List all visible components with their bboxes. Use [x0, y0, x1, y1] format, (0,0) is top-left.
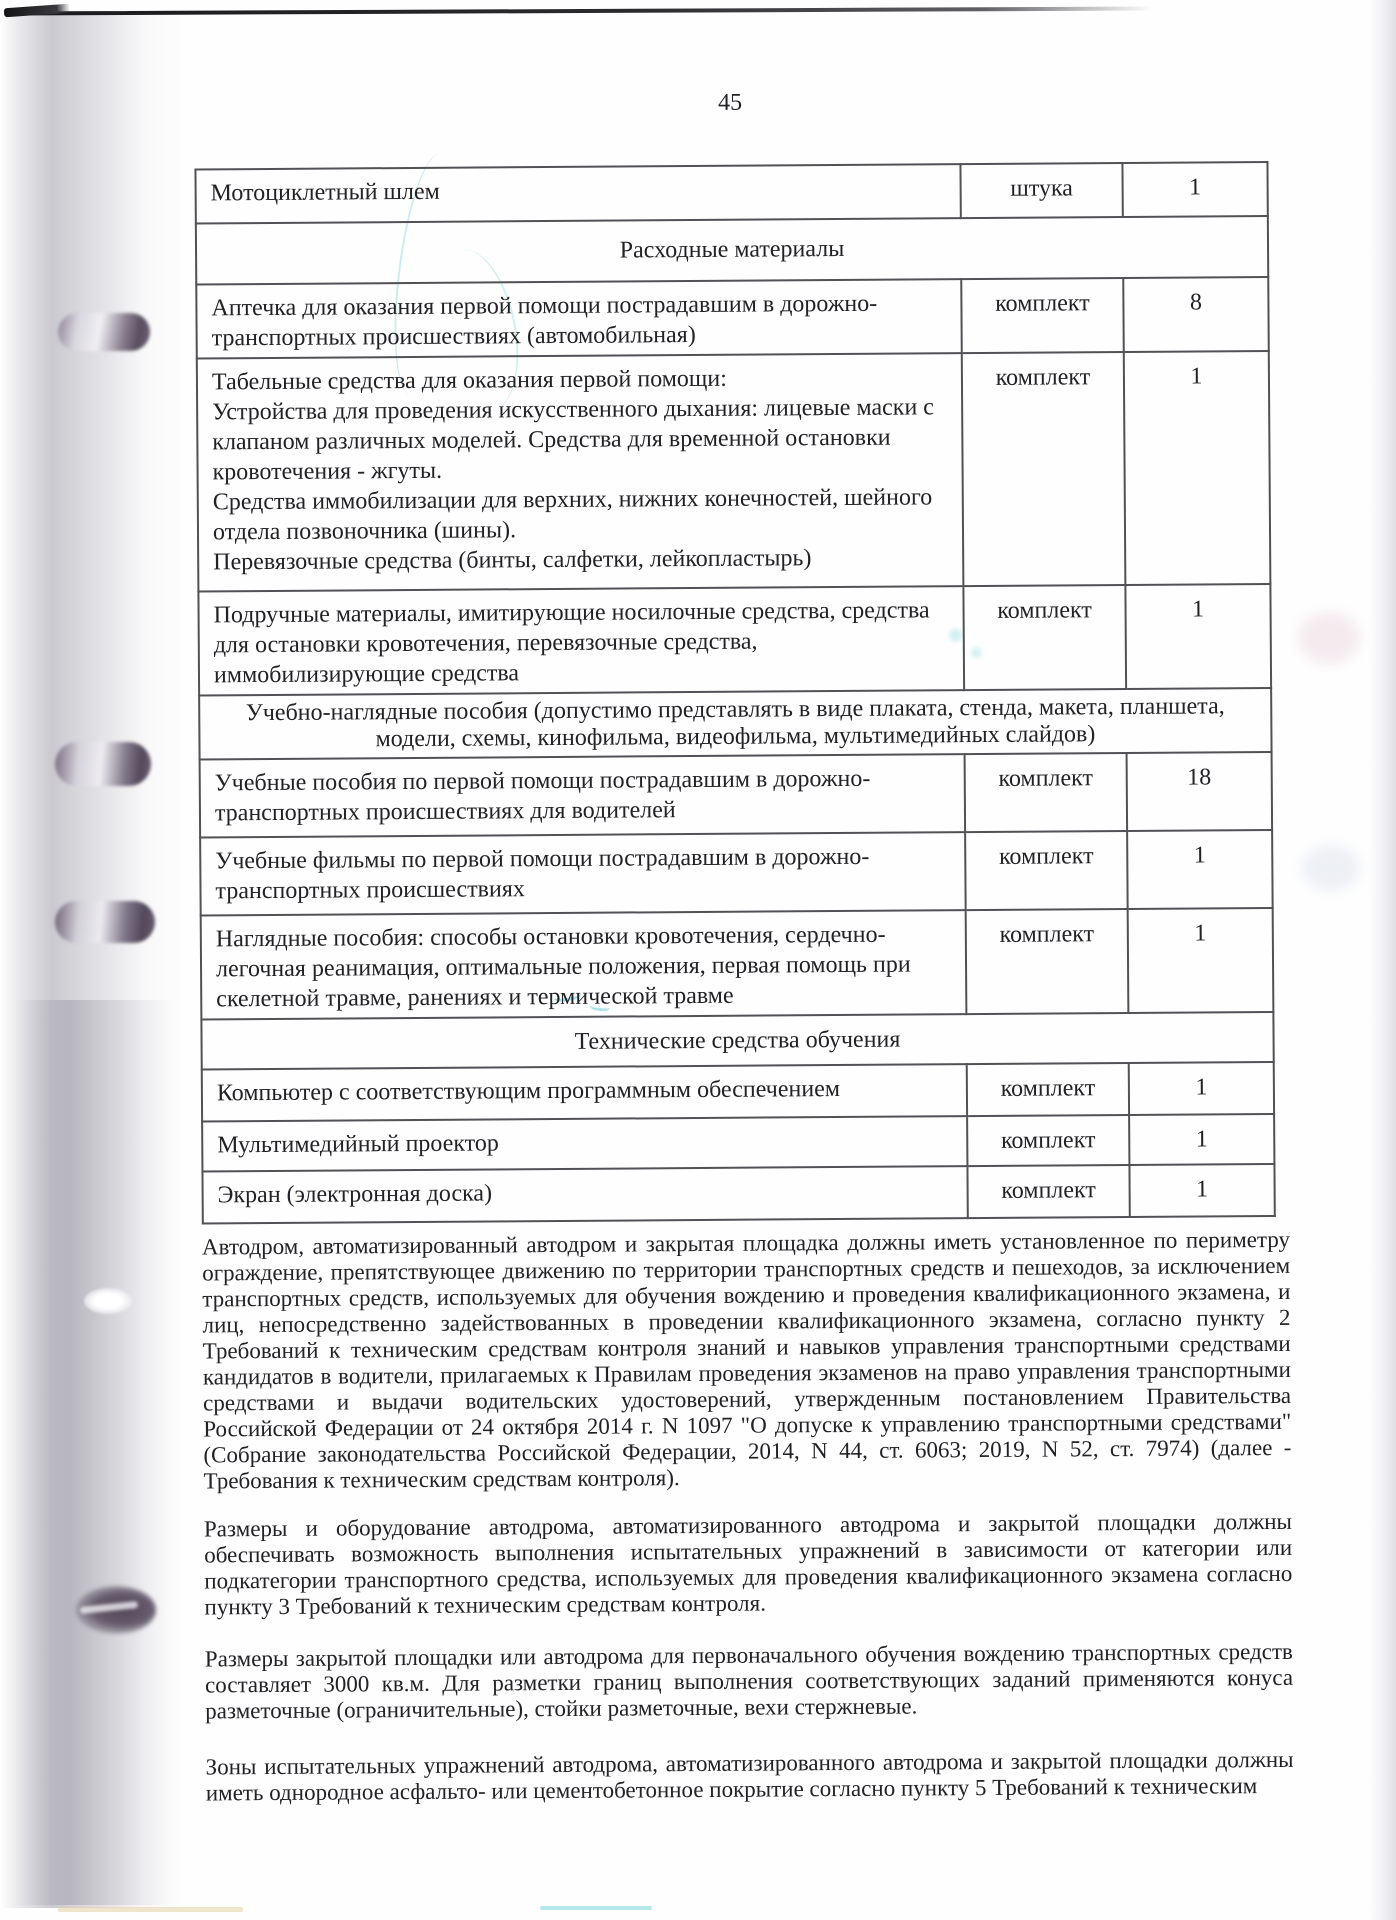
section-header-cell: Технические средства обучения	[201, 1012, 1273, 1069]
item-qty-cell: 1	[1125, 584, 1271, 689]
item-name-cell: Мотоциклетный шлем	[195, 164, 960, 223]
item-unit-cell: комплект	[962, 352, 1126, 586]
item-unit-cell: штука	[960, 163, 1122, 218]
item-unit-cell: комплект	[961, 278, 1124, 353]
table-row: Наглядные пособия: способы остановки кро…	[201, 908, 1274, 1019]
item-unit-cell: комплект	[965, 831, 1128, 910]
table-row: Аптечка для оказания первой помощи постр…	[196, 277, 1268, 358]
item-name-cell: Учебные пособия по первой помощи пострад…	[200, 754, 966, 837]
table-row: Мотоциклетный шлем штука 1	[195, 162, 1267, 223]
item-qty-cell: 1	[1129, 1062, 1274, 1115]
table-section-row: Расходные материалы	[196, 216, 1268, 284]
table-section-row: Технические средства обучения	[201, 1012, 1273, 1069]
item-qty-cell: 1	[1127, 830, 1273, 909]
paragraph: Автодром, автоматизированный автодром и …	[202, 1227, 1292, 1495]
table-row: Мультимедийный проектор комплект 1	[202, 1114, 1274, 1171]
item-name-cell: Мультимедийный проектор	[202, 1116, 967, 1171]
item-unit-cell: комплект	[965, 753, 1128, 832]
table-row: Экран (электронная доска) комплект 1	[202, 1164, 1274, 1223]
section-header-cell: Расходные материалы	[196, 216, 1268, 284]
item-unit-cell: комплект	[963, 585, 1126, 690]
document-content: 45 Мотоциклетный шлем штука 1 Расходные …	[0, 0, 1396, 1920]
item-name-cell: Наглядные пособия: способы остановки кро…	[201, 910, 967, 1019]
item-unit-cell: комплект	[967, 1165, 1129, 1218]
item-unit-cell: комплект	[967, 1063, 1129, 1116]
paragraph: Размеры закрытой площадки или автодрома …	[205, 1639, 1294, 1725]
body-text: Автодром, автоматизированный автодром и …	[202, 1227, 1294, 1807]
item-name-cell: Учебные фильмы по первой помощи пострада…	[200, 832, 966, 915]
item-qty-cell: 1	[1128, 908, 1274, 1013]
item-unit-cell: комплект	[966, 909, 1129, 1014]
table-row: Компьютер с соответствующим программным …	[202, 1062, 1274, 1121]
paragraph: Размеры и оборудование автодрома, автома…	[204, 1509, 1293, 1621]
item-name-cell: Табельные средства для оказания первой п…	[197, 353, 964, 591]
scanned-document-page: 45 Мотоциклетный шлем штука 1 Расходные …	[0, 0, 1396, 1920]
item-qty-cell: 1	[1122, 162, 1267, 217]
item-name-cell: Экран (электронная доска)	[202, 1166, 967, 1223]
item-name-cell: Компьютер с соответствующим программным …	[202, 1064, 967, 1121]
table-row: Табельные средства для оказания первой п…	[197, 351, 1271, 591]
item-qty-cell: 18	[1127, 752, 1273, 831]
item-unit-cell: комплект	[967, 1115, 1129, 1166]
page-number: 45	[194, 86, 1266, 120]
item-qty-cell: 1	[1129, 1114, 1274, 1165]
table-row: Учебные фильмы по первой помощи пострада…	[200, 830, 1273, 915]
table-row: Учебные пособия по первой помощи пострад…	[200, 752, 1273, 837]
equipment-table: Мотоциклетный шлем штука 1 Расходные мат…	[194, 161, 1275, 1224]
table-row: Подручные материалы, имитирующие носилоч…	[198, 584, 1271, 695]
paragraph: Зоны испытательных упражнений автодрома,…	[206, 1747, 1294, 1807]
item-name-cell: Аптечка для оказания первой помощи постр…	[196, 279, 961, 358]
item-qty-cell: 1	[1124, 351, 1271, 585]
table-section-row: Учебно-наглядные пособия (допустимо пред…	[199, 688, 1271, 759]
item-qty-cell: 8	[1123, 277, 1269, 352]
item-qty-cell: 1	[1129, 1164, 1274, 1217]
item-name-cell: Подручные материалы, имитирующие носилоч…	[198, 586, 964, 695]
section-header-cell: Учебно-наглядные пособия (допустимо пред…	[199, 688, 1271, 759]
